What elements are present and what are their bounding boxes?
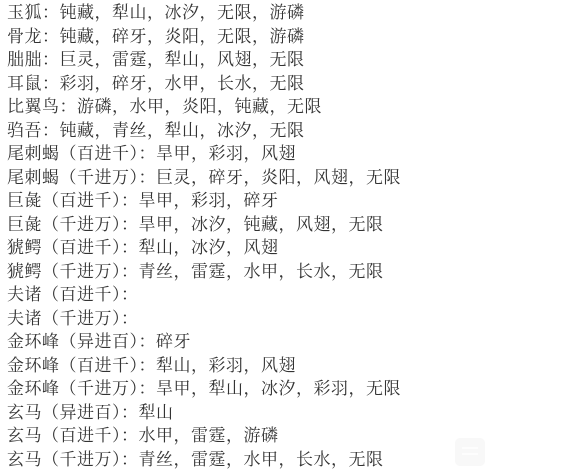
creature-name: 夫诸（百进千）： xyxy=(7,285,139,305)
list-item: 金环峰（异进百）：碎牙 xyxy=(7,331,580,355)
creature-name: 金环峰（千进万）： xyxy=(7,379,156,399)
list-item: 耳鼠：彩羽，碎牙，水甲，长水，无限 xyxy=(7,73,580,97)
skill-values: 旱甲，彩羽，风翅 xyxy=(156,144,296,164)
watermark-logo xyxy=(455,438,485,466)
skill-values: 旱甲，冰汐，钝藏，风翅，无限 xyxy=(139,215,384,235)
list-item: 玄马（异进百）：犁山 xyxy=(7,402,580,426)
creature-name: 巨彘（百进千）： xyxy=(7,191,139,211)
list-item: 巨彘（百进千）：旱甲，彩羽，碎牙 xyxy=(7,190,580,214)
list-item: 骨龙：钝藏，碎牙，炎阳，无限，游磷 xyxy=(7,26,580,50)
skill-values: 碎牙 xyxy=(156,332,191,352)
skill-values: 青丝，雷霆，水甲，长水，无限 xyxy=(139,450,384,470)
skill-values: 钝藏，碎牙，炎阳，无限，游磷 xyxy=(60,27,305,47)
list-item: 尾刺蝎（百进千）：旱甲，彩羽，风翅 xyxy=(7,143,580,167)
creature-name: 玉狐： xyxy=(7,3,60,23)
skill-values: 水甲，雷霆，游磷 xyxy=(139,426,279,446)
list-item: 猇鳄（千进万）：青丝，雷霆，水甲，长水，无限 xyxy=(7,261,580,285)
creature-name: 金环峰（异进百）： xyxy=(7,332,156,352)
creature-name: 猇鳄（千进万）： xyxy=(7,262,139,282)
skill-values: 犁山，冰汐，风翅 xyxy=(139,238,279,258)
skill-values: 彩羽，碎牙，水甲，长水，无限 xyxy=(60,74,305,94)
skill-values: 钝藏，青丝，犁山，冰汐，无限 xyxy=(60,121,305,141)
creature-name: 尾刺蝎（千进万）： xyxy=(7,168,156,188)
creature-name: 玄马（异进百）： xyxy=(7,403,139,423)
list-item: 驺吾：钝藏，青丝，犁山，冰汐，无限 xyxy=(7,120,580,144)
list-item: 比翼鸟：游磷，水甲，炎阳，钝藏，无限 xyxy=(7,96,580,120)
skill-values: 旱甲，彩羽，碎牙 xyxy=(139,191,279,211)
creature-name: 驺吾： xyxy=(7,121,60,141)
creature-name: 耳鼠： xyxy=(7,74,60,94)
list-item: 金环峰（百进千）：犁山，彩羽，风翅 xyxy=(7,355,580,379)
document-page: 玉狐：钝藏，犁山，冰汐，无限，游磷骨龙：钝藏，碎牙，炎阳，无限，游磷朏朏：巨灵，… xyxy=(0,0,580,471)
list-item: 玄马（千进万）：青丝，雷霆，水甲，长水，无限 xyxy=(7,449,580,471)
skill-values: 巨灵，碎牙，炎阳，风翅，无限 xyxy=(156,168,401,188)
list-item: 朏朏：巨灵，雷霆，犁山，风翅，无限 xyxy=(7,49,580,73)
skill-values: 钝藏，犁山，冰汐，无限，游磷 xyxy=(60,3,305,23)
list-item: 玉狐：钝藏，犁山，冰汐，无限，游磷 xyxy=(7,2,580,26)
creature-name: 玄马（百进千）： xyxy=(7,426,139,446)
creature-name: 尾刺蝎（百进千）： xyxy=(7,144,156,164)
creature-name: 金环峰（百进千）： xyxy=(7,356,156,376)
skill-values: 巨灵，雷霆，犁山，风翅，无限 xyxy=(60,50,305,70)
list-item: 猇鳄（百进千）：犁山，冰汐，风翅 xyxy=(7,237,580,261)
creature-name: 猇鳄（百进千）： xyxy=(7,238,139,258)
skill-values: 犁山 xyxy=(139,403,174,423)
creature-name: 骨龙： xyxy=(7,27,60,47)
list-item: 金环峰（千进万）：旱甲，犁山，冰汐，彩羽，无限 xyxy=(7,378,580,402)
list-item: 夫诸（千进万）： xyxy=(7,308,580,332)
skill-values: 游磷，水甲，炎阳，钝藏，无限 xyxy=(77,97,322,117)
creature-name: 夫诸（千进万）： xyxy=(7,309,139,329)
creature-name: 巨彘（千进万）： xyxy=(7,215,139,235)
list-item: 玄马（百进千）：水甲，雷霆，游磷 xyxy=(7,425,580,449)
skill-values: 青丝，雷霆，水甲，长水，无限 xyxy=(139,262,384,282)
list-item: 巨彘（千进万）：旱甲，冰汐，钝藏，风翅，无限 xyxy=(7,214,580,238)
list-item: 夫诸（百进千）： xyxy=(7,284,580,308)
creature-name: 比翼鸟： xyxy=(7,97,77,117)
creature-name: 朏朏： xyxy=(7,50,60,70)
skill-values: 旱甲，犁山，冰汐，彩羽，无限 xyxy=(156,379,401,399)
skill-list: 玉狐：钝藏，犁山，冰汐，无限，游磷骨龙：钝藏，碎牙，炎阳，无限，游磷朏朏：巨灵，… xyxy=(7,2,580,471)
creature-name: 玄马（千进万）： xyxy=(7,450,139,470)
list-item: 尾刺蝎（千进万）：巨灵，碎牙，炎阳，风翅，无限 xyxy=(7,167,580,191)
skill-values: 犁山，彩羽，风翅 xyxy=(156,356,296,376)
